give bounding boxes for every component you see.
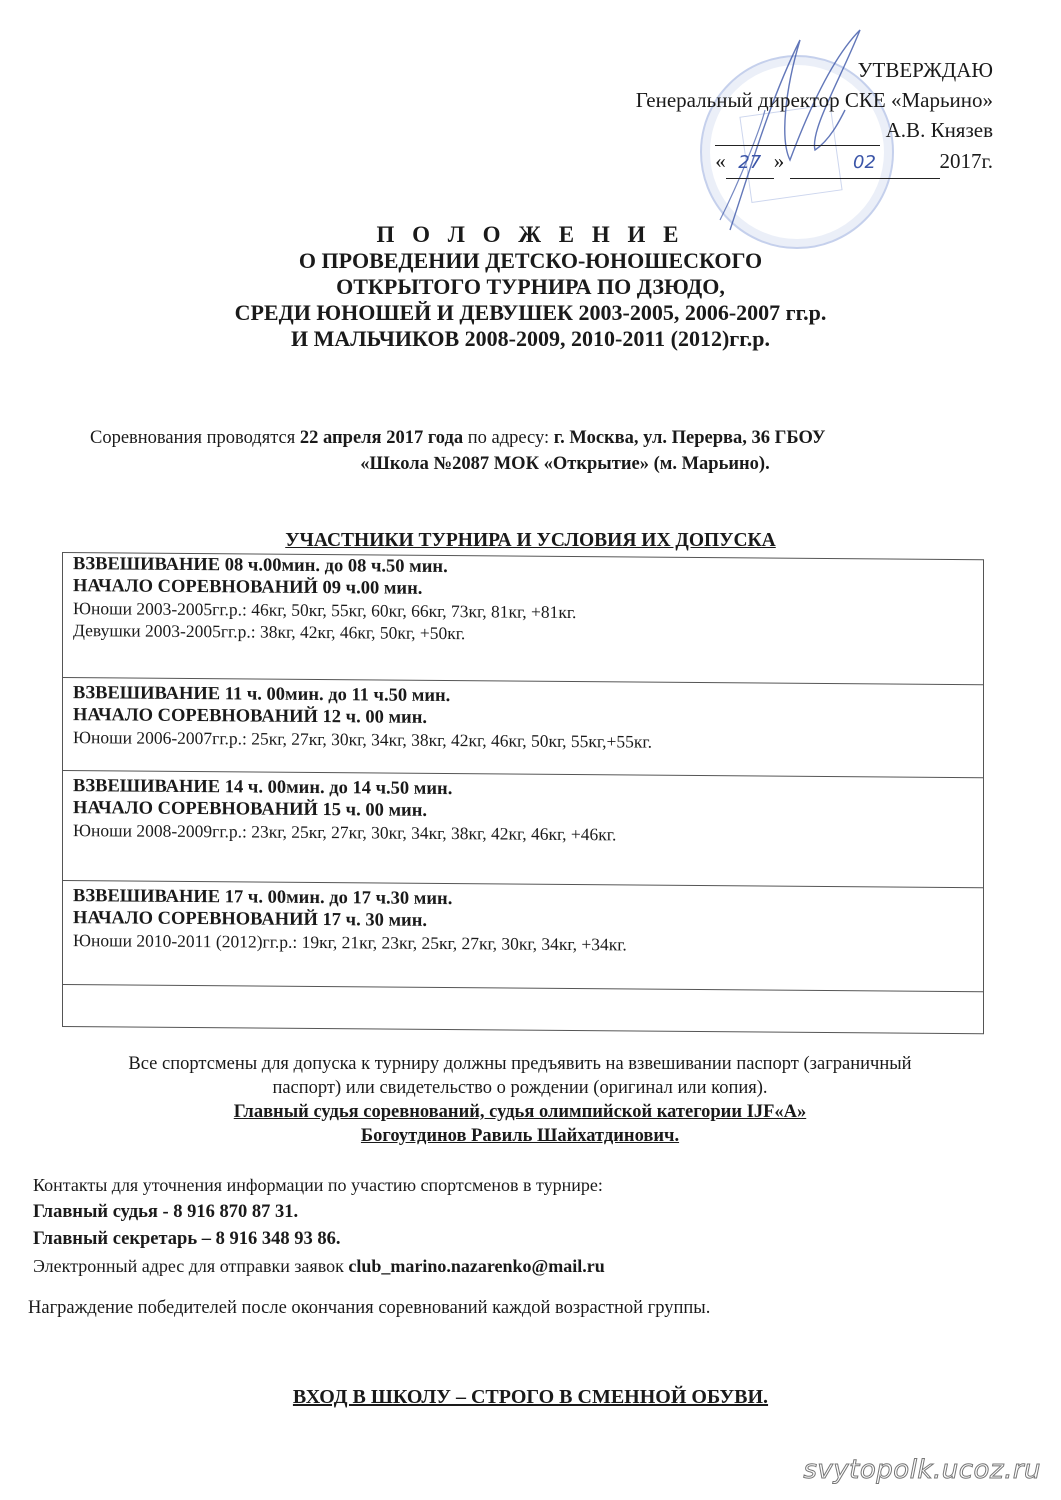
chief-judge-name: Богоутдинов Равиль Шайхатдинович. bbox=[40, 1124, 1000, 1148]
email-label: Электронный адрес для отправки заявок bbox=[33, 1256, 348, 1276]
session-row: ВЗВЕШИВАНИЕ 08 ч.00мин. до 08 ч.50 мин. … bbox=[63, 553, 983, 685]
date-year: 2017г. bbox=[940, 149, 994, 173]
event-date: 22 апреля 2017 года bbox=[300, 428, 463, 448]
contacts-block: Контакты для уточнения информации по уча… bbox=[33, 1172, 605, 1280]
date-month: 02 bbox=[790, 148, 940, 179]
venue-address-2: «Школа №2087 МОК «Открытие» (м. Марьино)… bbox=[90, 451, 970, 477]
signature-blank bbox=[715, 115, 880, 146]
approval-heading: УТВЕРЖДАЮ bbox=[636, 55, 993, 85]
schedule-table: ВЗВЕШИВАНИЕ 08 ч.00мин. до 08 ч.50 мин. … bbox=[62, 552, 984, 1034]
notice-line-2: паспорт) или свидетельство о рождении (о… bbox=[40, 1076, 1000, 1100]
date-quote-open: « bbox=[715, 149, 726, 173]
title-line-4: СРЕДИ ЮНОШЕЙ И ДЕВУШЕК 2003-2005, 2006-2… bbox=[0, 300, 1061, 326]
title-line-1: П О Л О Ж Е Н И Е bbox=[0, 222, 1061, 248]
notice-line-1: Все спортсмены для допуска к турниру дол… bbox=[40, 1052, 1000, 1076]
venue-paragraph: Соревнования проводятся 22 апреля 2017 г… bbox=[90, 425, 970, 477]
approval-date: «27» 022017г. bbox=[636, 146, 993, 179]
session-row: ВЗВЕШИВАНИЕ 14 ч. 00мин. до 14 ч.50 мин.… bbox=[63, 771, 983, 888]
title-line-2: О ПРОВЕДЕНИИ ДЕТСКО-ЮНОШЕСКОГО bbox=[0, 248, 1061, 274]
title-line-5: И МАЛЬЧИКОВ 2008-2009, 2010-2011 (2012)г… bbox=[0, 326, 1061, 352]
watermark: svytopolk.ucoz.ru bbox=[803, 1455, 1041, 1485]
venue-middle: по адресу: bbox=[463, 428, 554, 448]
date-quote-close: » bbox=[774, 149, 785, 173]
email-line: Электронный адрес для отправки заявок cl… bbox=[33, 1253, 605, 1280]
participants-heading: УЧАСТНИКИ ТУРНИРА И УСЛОВИЯ ИХ ДОПУСКА bbox=[0, 530, 1061, 552]
approval-signatory: А.В. Князев bbox=[886, 118, 993, 142]
document-title: П О Л О Ж Е Н И Е О ПРОВЕДЕНИИ ДЕТСКО-ЮН… bbox=[0, 222, 1061, 352]
session-row: ВЗВЕШИВАНИЕ 17 ч. 00мин. до 17 ч.30 мин.… bbox=[63, 881, 983, 992]
venue-prefix: Соревнования проводятся bbox=[90, 428, 300, 448]
approval-position: Генеральный директор СКЕ «Марьино» bbox=[636, 85, 993, 115]
empty-row bbox=[63, 985, 983, 1033]
approval-block: УТВЕРЖДАЮ Генеральный директор СКЕ «Марь… bbox=[636, 55, 993, 179]
approval-signatory-line: А.В. Князев bbox=[636, 115, 993, 146]
awards-note: Награждение победителей после окончания … bbox=[28, 1298, 710, 1319]
contacts-intro: Контакты для уточнения информации по уча… bbox=[33, 1172, 605, 1199]
chief-secretary-phone: Главный секретарь – 8 916 348 93 86. bbox=[33, 1226, 605, 1253]
chief-judge-title: Главный судья соревнований, судья олимпи… bbox=[40, 1100, 1000, 1124]
entry-rule: ВХОД В ШКОЛУ – СТРОГО В СМЕННОЙ ОБУВИ. bbox=[0, 1386, 1061, 1409]
email-address[interactable]: club_marino.nazarenko@mail.ru bbox=[348, 1256, 604, 1276]
title-line-3: ОТКРЫТОГО ТУРНИРА ПО ДЗЮДО, bbox=[0, 274, 1061, 300]
venue-address-1: г. Москва, ул. Перерва, 36 ГБОУ bbox=[554, 428, 826, 448]
date-day: 27 bbox=[726, 148, 774, 179]
chief-judge-phone: Главный судья - 8 916 870 87 31. bbox=[33, 1199, 605, 1226]
session-row: ВЗВЕШИВАНИЕ 11 ч. 00мин. до 11 ч.50 мин.… bbox=[63, 678, 983, 778]
admission-notice: Все спортсмены для допуска к турниру дол… bbox=[40, 1052, 1000, 1148]
